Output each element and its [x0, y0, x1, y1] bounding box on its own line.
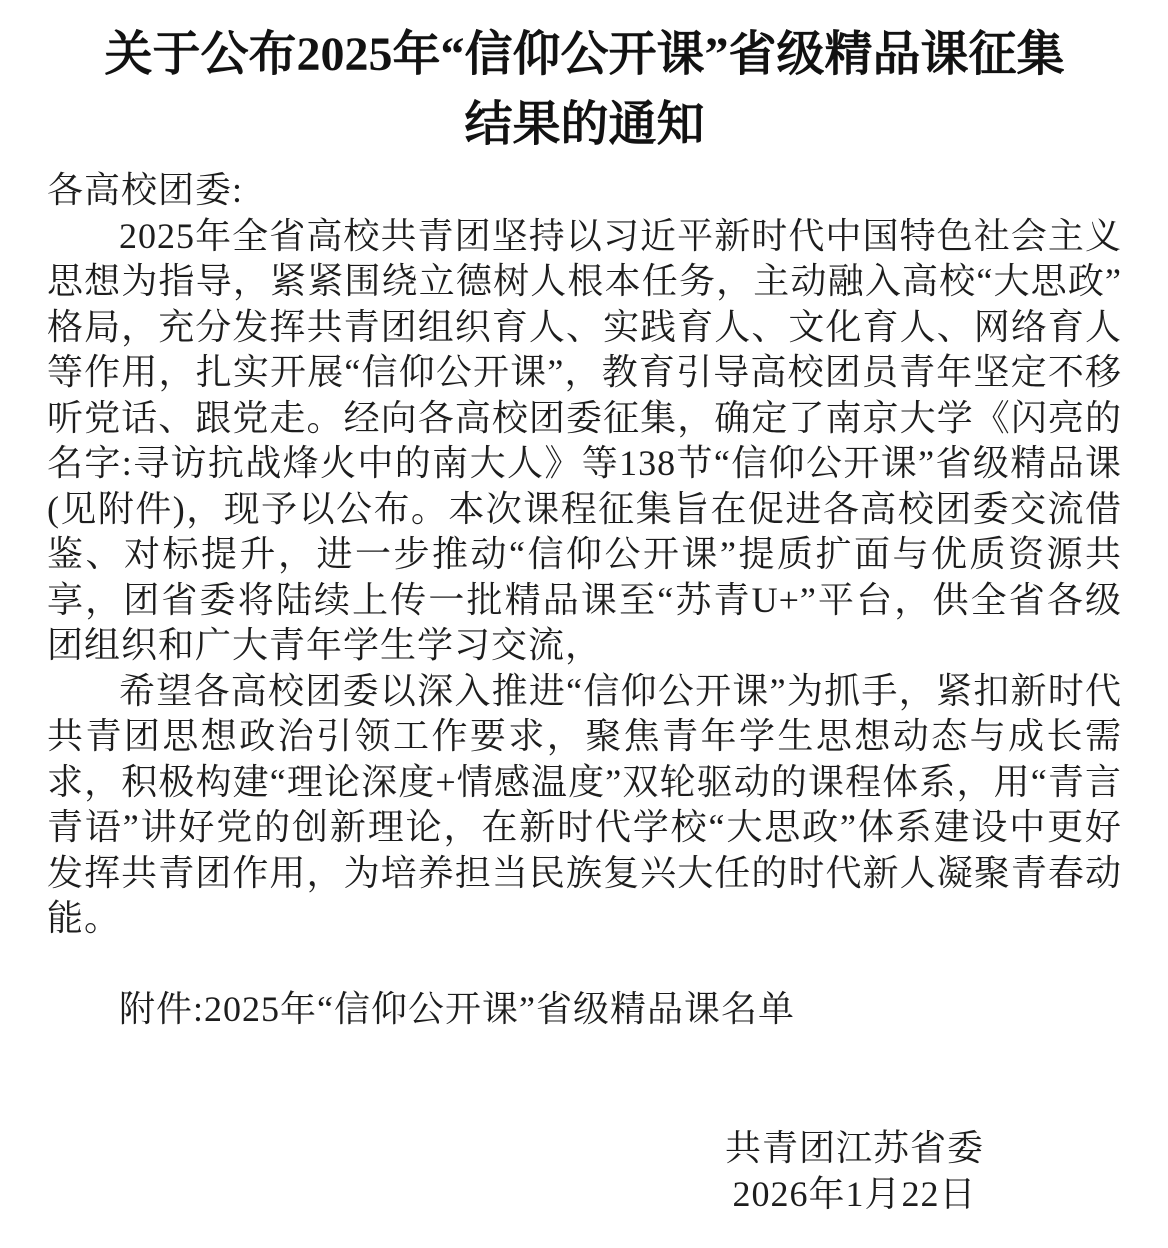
- document-body: 各高校团委: 2025年全省高校共青团坚持以习近平新时代中国特色社会主义思想为指…: [47, 168, 1122, 1217]
- paragraph-2: 希望各高校团委以深入推进“信仰公开课”为抓手，紧扣新时代共青团思想政治引领工作要…: [47, 669, 1122, 942]
- issue-date: 2026年1月22日: [725, 1171, 984, 1217]
- issuer-signature: 共青团江苏省委: [725, 1125, 984, 1171]
- paragraph-1: 2025年全省高校共青团坚持以习近平新时代中国特色社会主义思想为指导，紧紧围绕立…: [47, 214, 1122, 669]
- document-title-line-1: 关于公布2025年“信仰公开课”省级精品课征集: [47, 20, 1122, 90]
- salutation: 各高校团委:: [47, 168, 1122, 214]
- document-title-line-2: 结果的通知: [47, 90, 1122, 160]
- attachment-note: 附件:2025年“信仰公开课”省级精品课名单: [47, 987, 1122, 1033]
- signature-block: 共青团江苏省委 2026年1月22日: [725, 1125, 984, 1217]
- document-title: 关于公布2025年“信仰公开课”省级精品课征集 结果的通知: [47, 20, 1122, 160]
- notice-document-page: 关于公布2025年“信仰公开课”省级精品课征集 结果的通知 各高校团委: 202…: [0, 0, 1168, 1248]
